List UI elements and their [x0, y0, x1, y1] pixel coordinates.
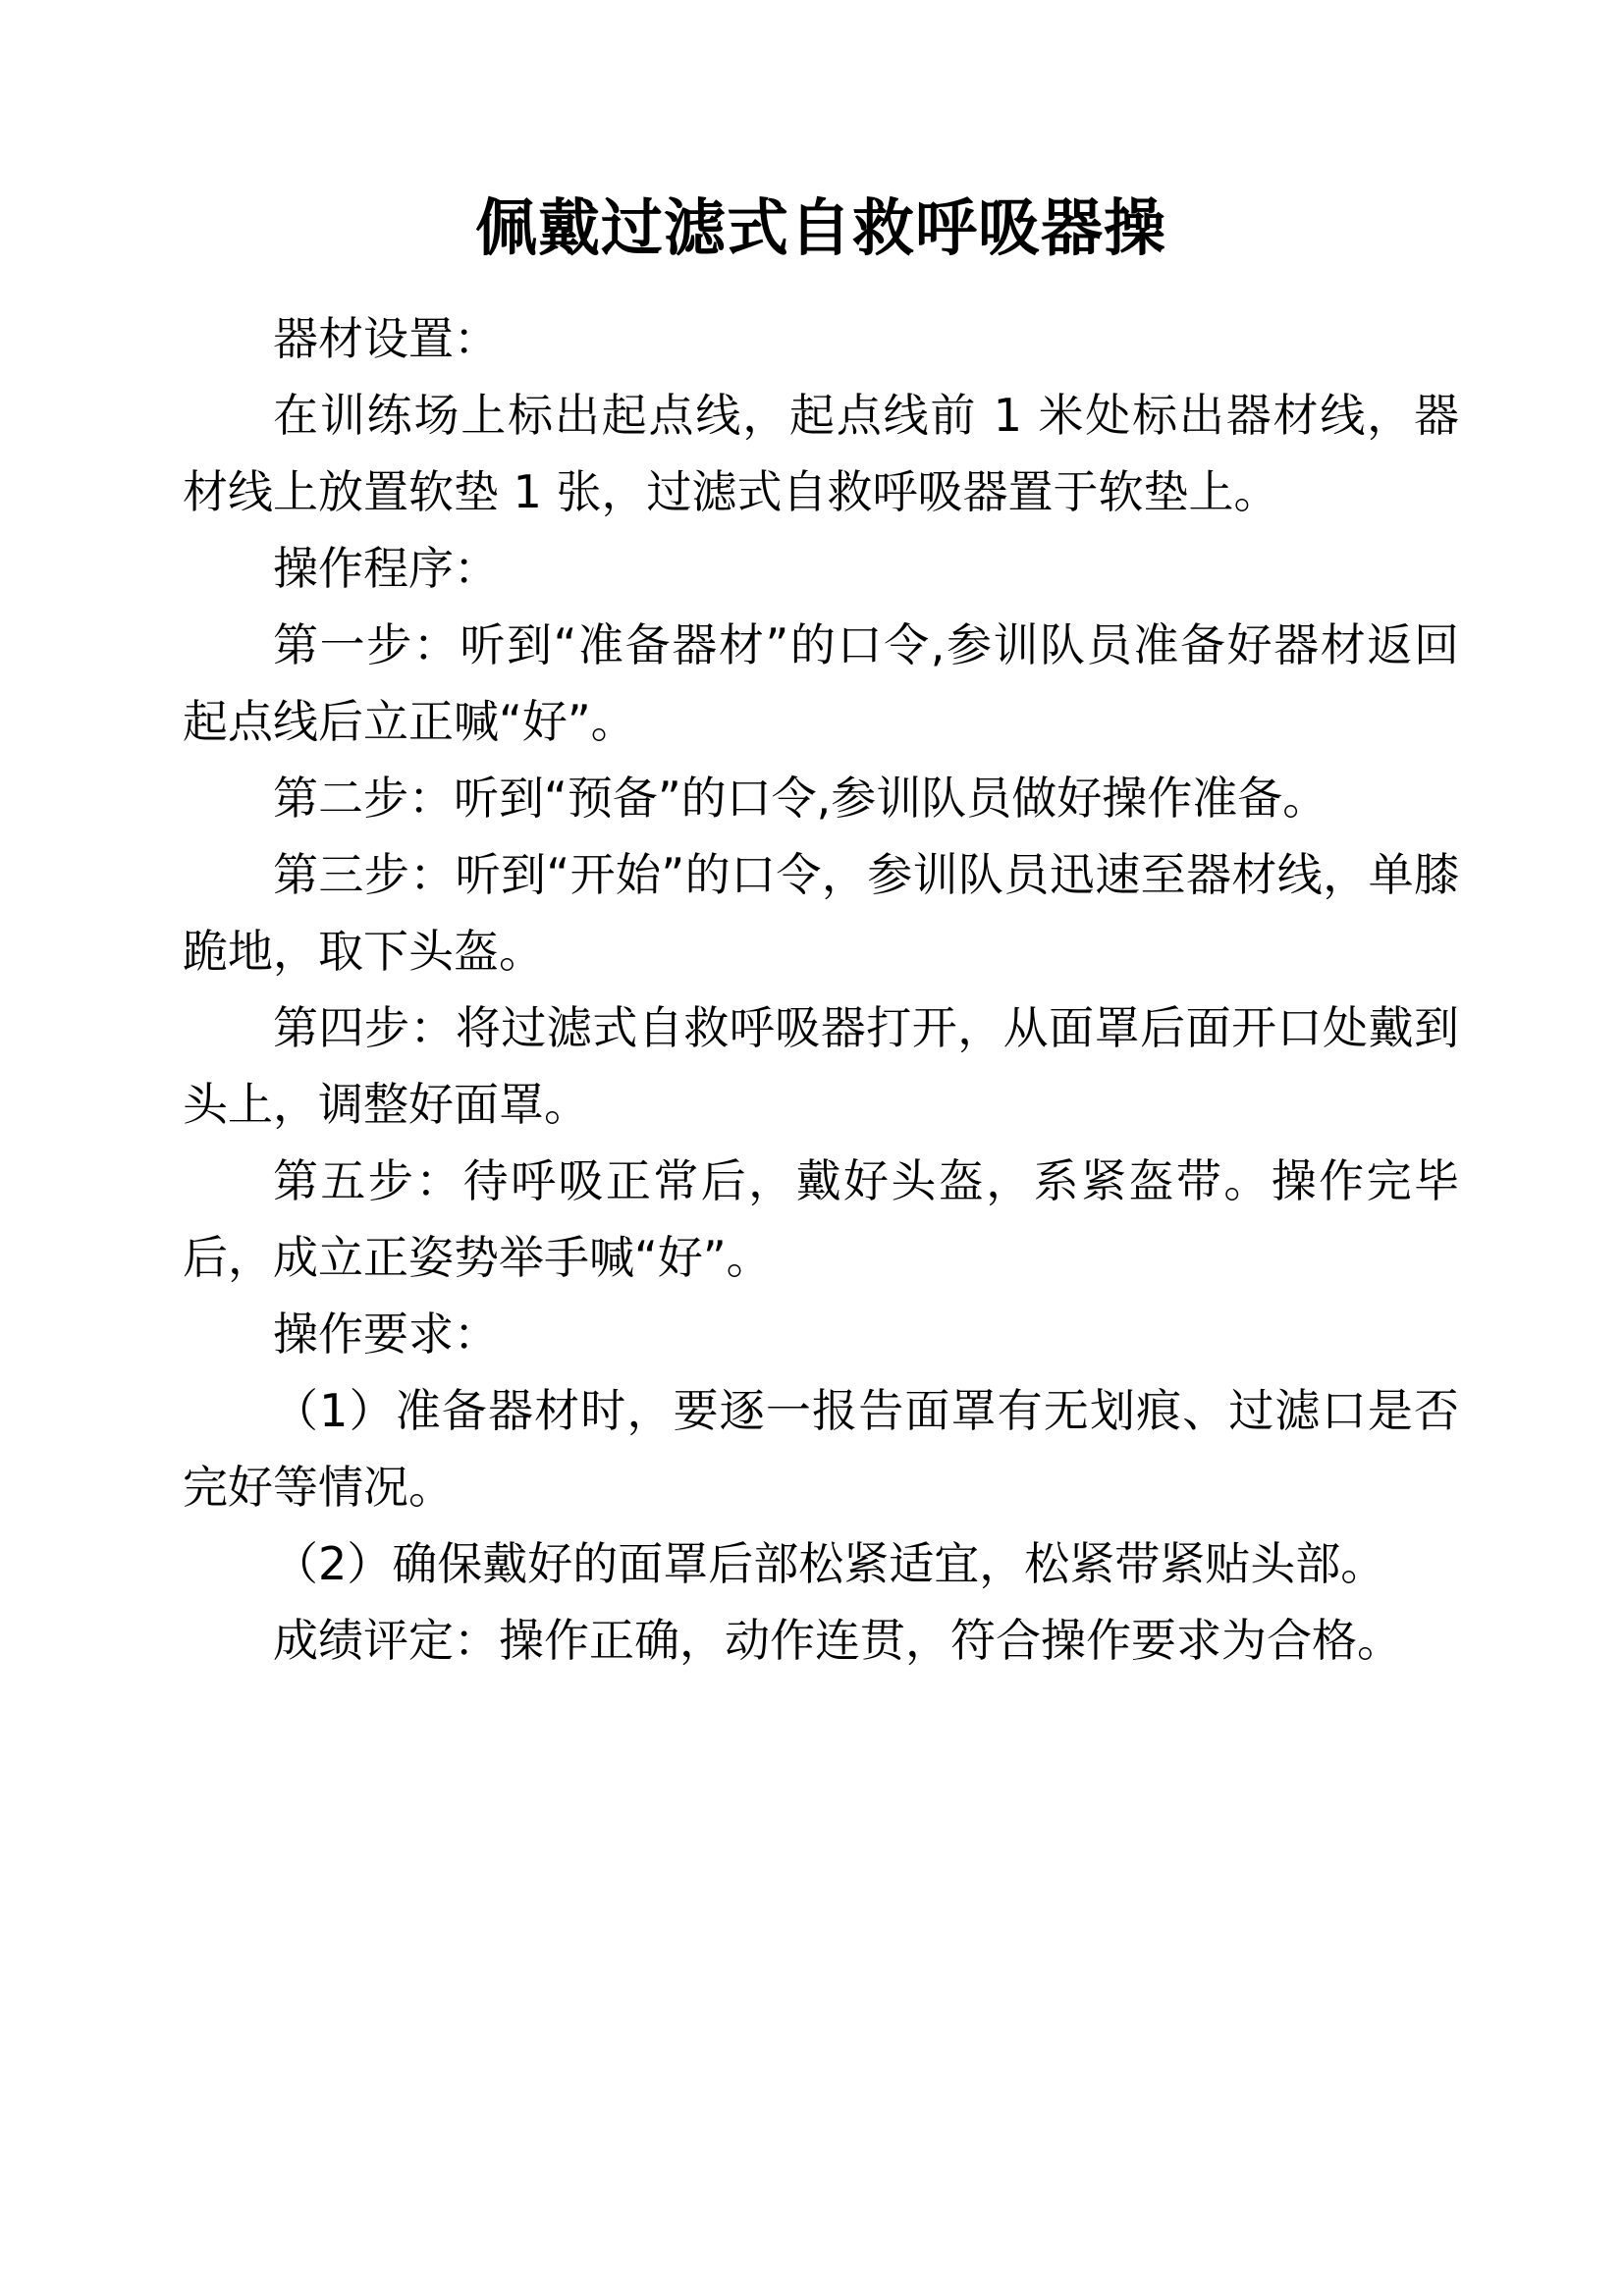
- document-title: 佩戴过滤式自救呼吸器操: [183, 185, 1459, 273]
- paragraph: 操作要求：: [183, 1296, 1459, 1372]
- paragraph: 操作程序：: [183, 530, 1459, 607]
- paragraph: （2）确保戴好的面罩后部松紧适宜，松紧带紧贴头部。: [183, 1525, 1459, 1602]
- paragraph: 第二步：听到“预备”的口令,参训队员做好操作准备。: [183, 760, 1459, 836]
- document-body: 器材设置：在训练场上标出起点线，起点线前 1 米处标出器材线，器材线上放置软垫 …: [183, 300, 1459, 1679]
- paragraph: 器材设置：: [183, 300, 1459, 377]
- paragraph: 第三步：听到“开始”的口令，参训队员迅速至器材线，单膝跪地，取下头盔。: [183, 836, 1459, 989]
- paragraph: 第一步：听到“准备器材”的口令,参训队员准备好器材返回起点线后立正喊“好”。: [183, 607, 1459, 760]
- paragraph: 第五步：待呼吸正常后，戴好头盔，系紧盔带。操作完毕后，成立正姿势举手喊“好”。: [183, 1143, 1459, 1296]
- document-page: 佩戴过滤式自救呼吸器操 器材设置：在训练场上标出起点线，起点线前 1 米处标出器…: [0, 0, 1624, 2296]
- paragraph: 在训练场上标出起点线，起点线前 1 米处标出器材线，器材线上放置软垫 1 张，过…: [183, 377, 1459, 530]
- paragraph: 第四步：将过滤式自救呼吸器打开，从面罩后面开口处戴到头上，调整好面罩。: [183, 989, 1459, 1143]
- paragraph: （1）准备器材时，要逐一报告面罩有无划痕、过滤口是否完好等情况。: [183, 1372, 1459, 1525]
- paragraph: 成绩评定：操作正确，动作连贯，符合操作要求为合格。: [183, 1602, 1459, 1679]
